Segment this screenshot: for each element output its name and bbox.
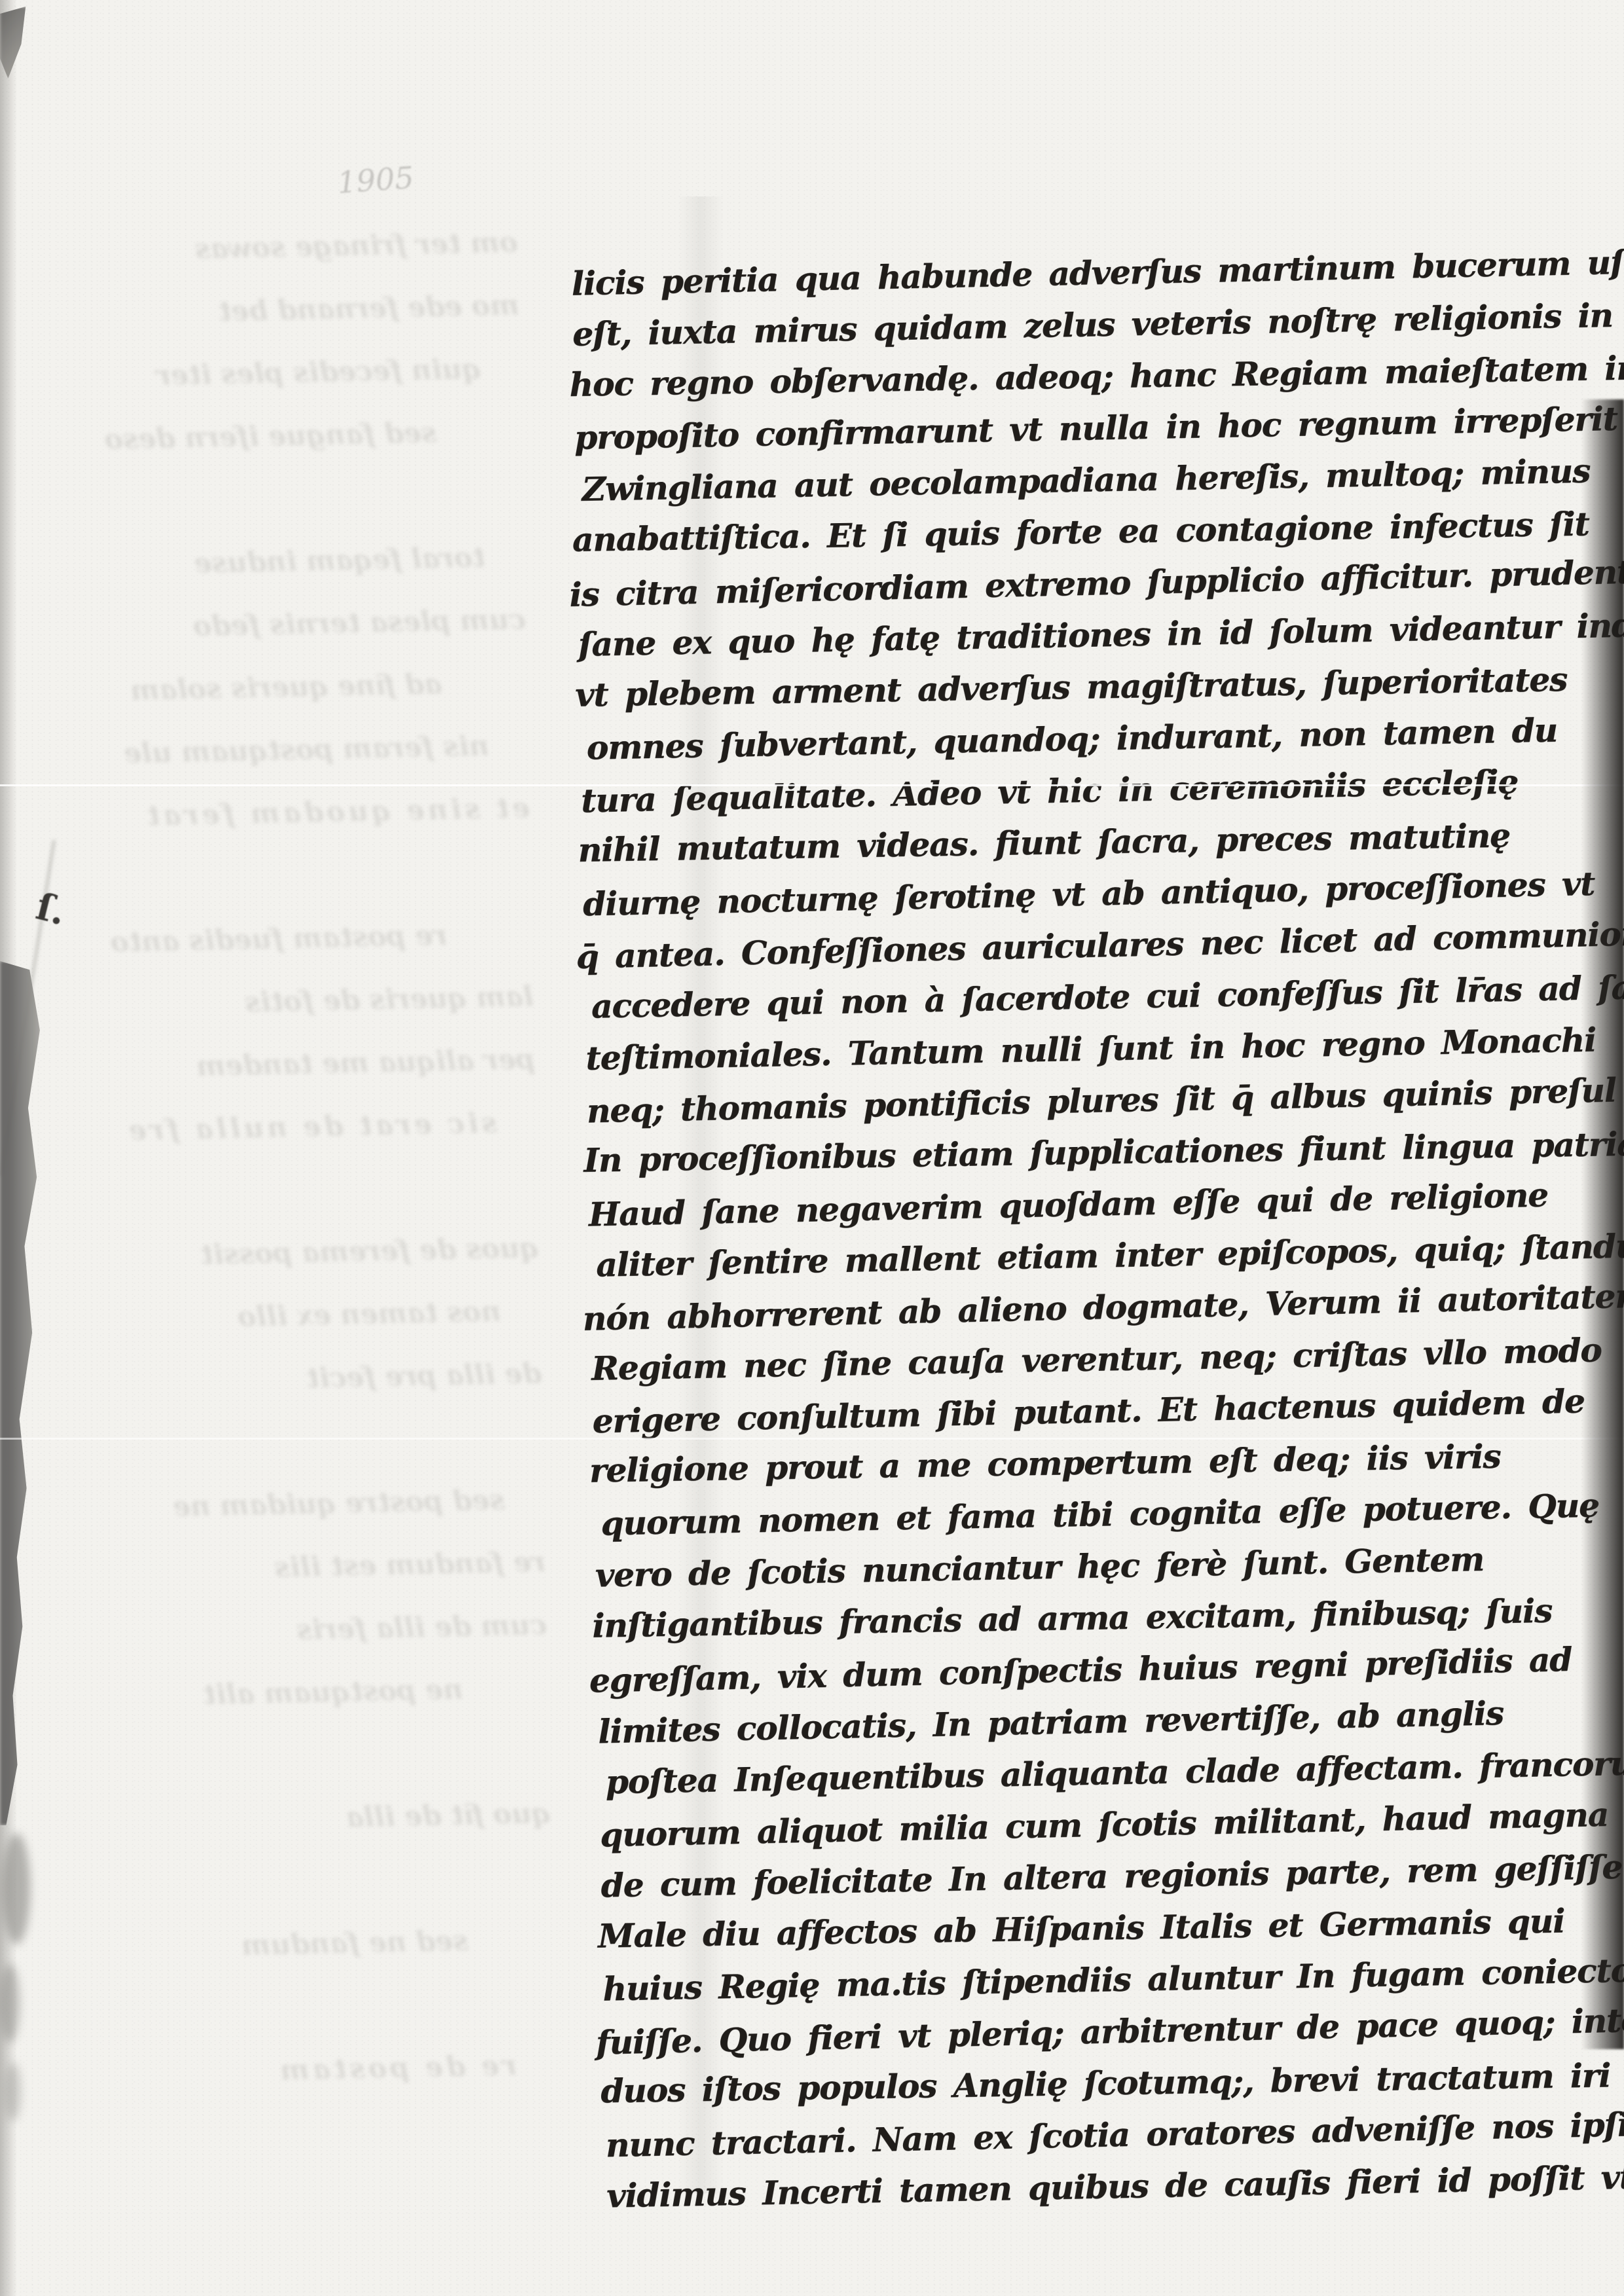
bleed-through-line: et sine quodam ferat [25, 776, 530, 850]
bleed-through-line: toral feqam induse [20, 525, 525, 598]
bleed-through-line: quin fecedis ples iter [16, 337, 521, 410]
bleed-through-line [45, 1719, 550, 1793]
bleed-through-line [50, 1971, 555, 2044]
bleed-through-line: sed ne fandum [48, 1908, 554, 1981]
scan-scratch-line [0, 1438, 1624, 1440]
scan-scratch-line [0, 784, 1624, 786]
bleed-through-line [26, 839, 532, 913]
bleed-through-line: mo ede fernand bet [14, 274, 520, 347]
gutter-blotch [3, 1833, 30, 1944]
bleed-through-line: ad fine queris solam [22, 651, 528, 724]
bleed-through-line: nos tamen ex illo [35, 1279, 541, 1353]
bleed-through-line: sed postre quidam ne [39, 1468, 545, 1541]
bleed-through-line: per aliqua me tandem [30, 1028, 536, 1101]
bleed-through-line: re de postam [51, 2033, 557, 2107]
gutter-blotch [0, 1964, 20, 2043]
bleed-through-line [38, 1405, 544, 1478]
bleed-through-line: cum de illa feris [42, 1594, 547, 1667]
bleed-through-line: sic erat de nulla fre [31, 1091, 537, 1164]
manuscript-page: 1905 ſ. om ter frinage sowasmo ede ferna… [0, 0, 1624, 2296]
bleed-through-line: lam queris de fotis [29, 965, 534, 1038]
bleed-through-line: nis feram postquam ule [24, 714, 529, 787]
page-right-edge-shadow [1581, 399, 1624, 2049]
bleed-through-line [33, 1154, 538, 1227]
bleed-through-line [18, 462, 524, 536]
bleed-through-line: cum plesa ternis fedo [21, 588, 526, 661]
bleed-through-line: om ter frinage sowas [13, 211, 519, 284]
bleed-through-line [47, 1845, 553, 1918]
bleed-through-line: quos de ferema possit [34, 1216, 540, 1290]
manuscript-text-block: licis peritia qua habunde adverſus marti… [571, 238, 1624, 2222]
bleed-through-line: re postam fuedis anto [28, 902, 533, 975]
verso-bleed-through-text: om ter frinage sowasmo ede fernand betqu… [13, 211, 557, 2106]
bleed-through-line: quo fit de illa [46, 1782, 551, 1855]
bleed-through-line: re fandum est ilis [41, 1531, 546, 1604]
bleed-through-line: de illa pre fecit [37, 1342, 542, 1415]
torn-corner-shadow [0, 7, 37, 79]
gutter-blotch [5, 2062, 21, 2121]
bleed-through-line: sed fangue ifern deso [17, 399, 523, 473]
folio-number-annotation: 1905 [336, 160, 415, 200]
bleed-through-line: ne postquam alit [43, 1656, 549, 1730]
